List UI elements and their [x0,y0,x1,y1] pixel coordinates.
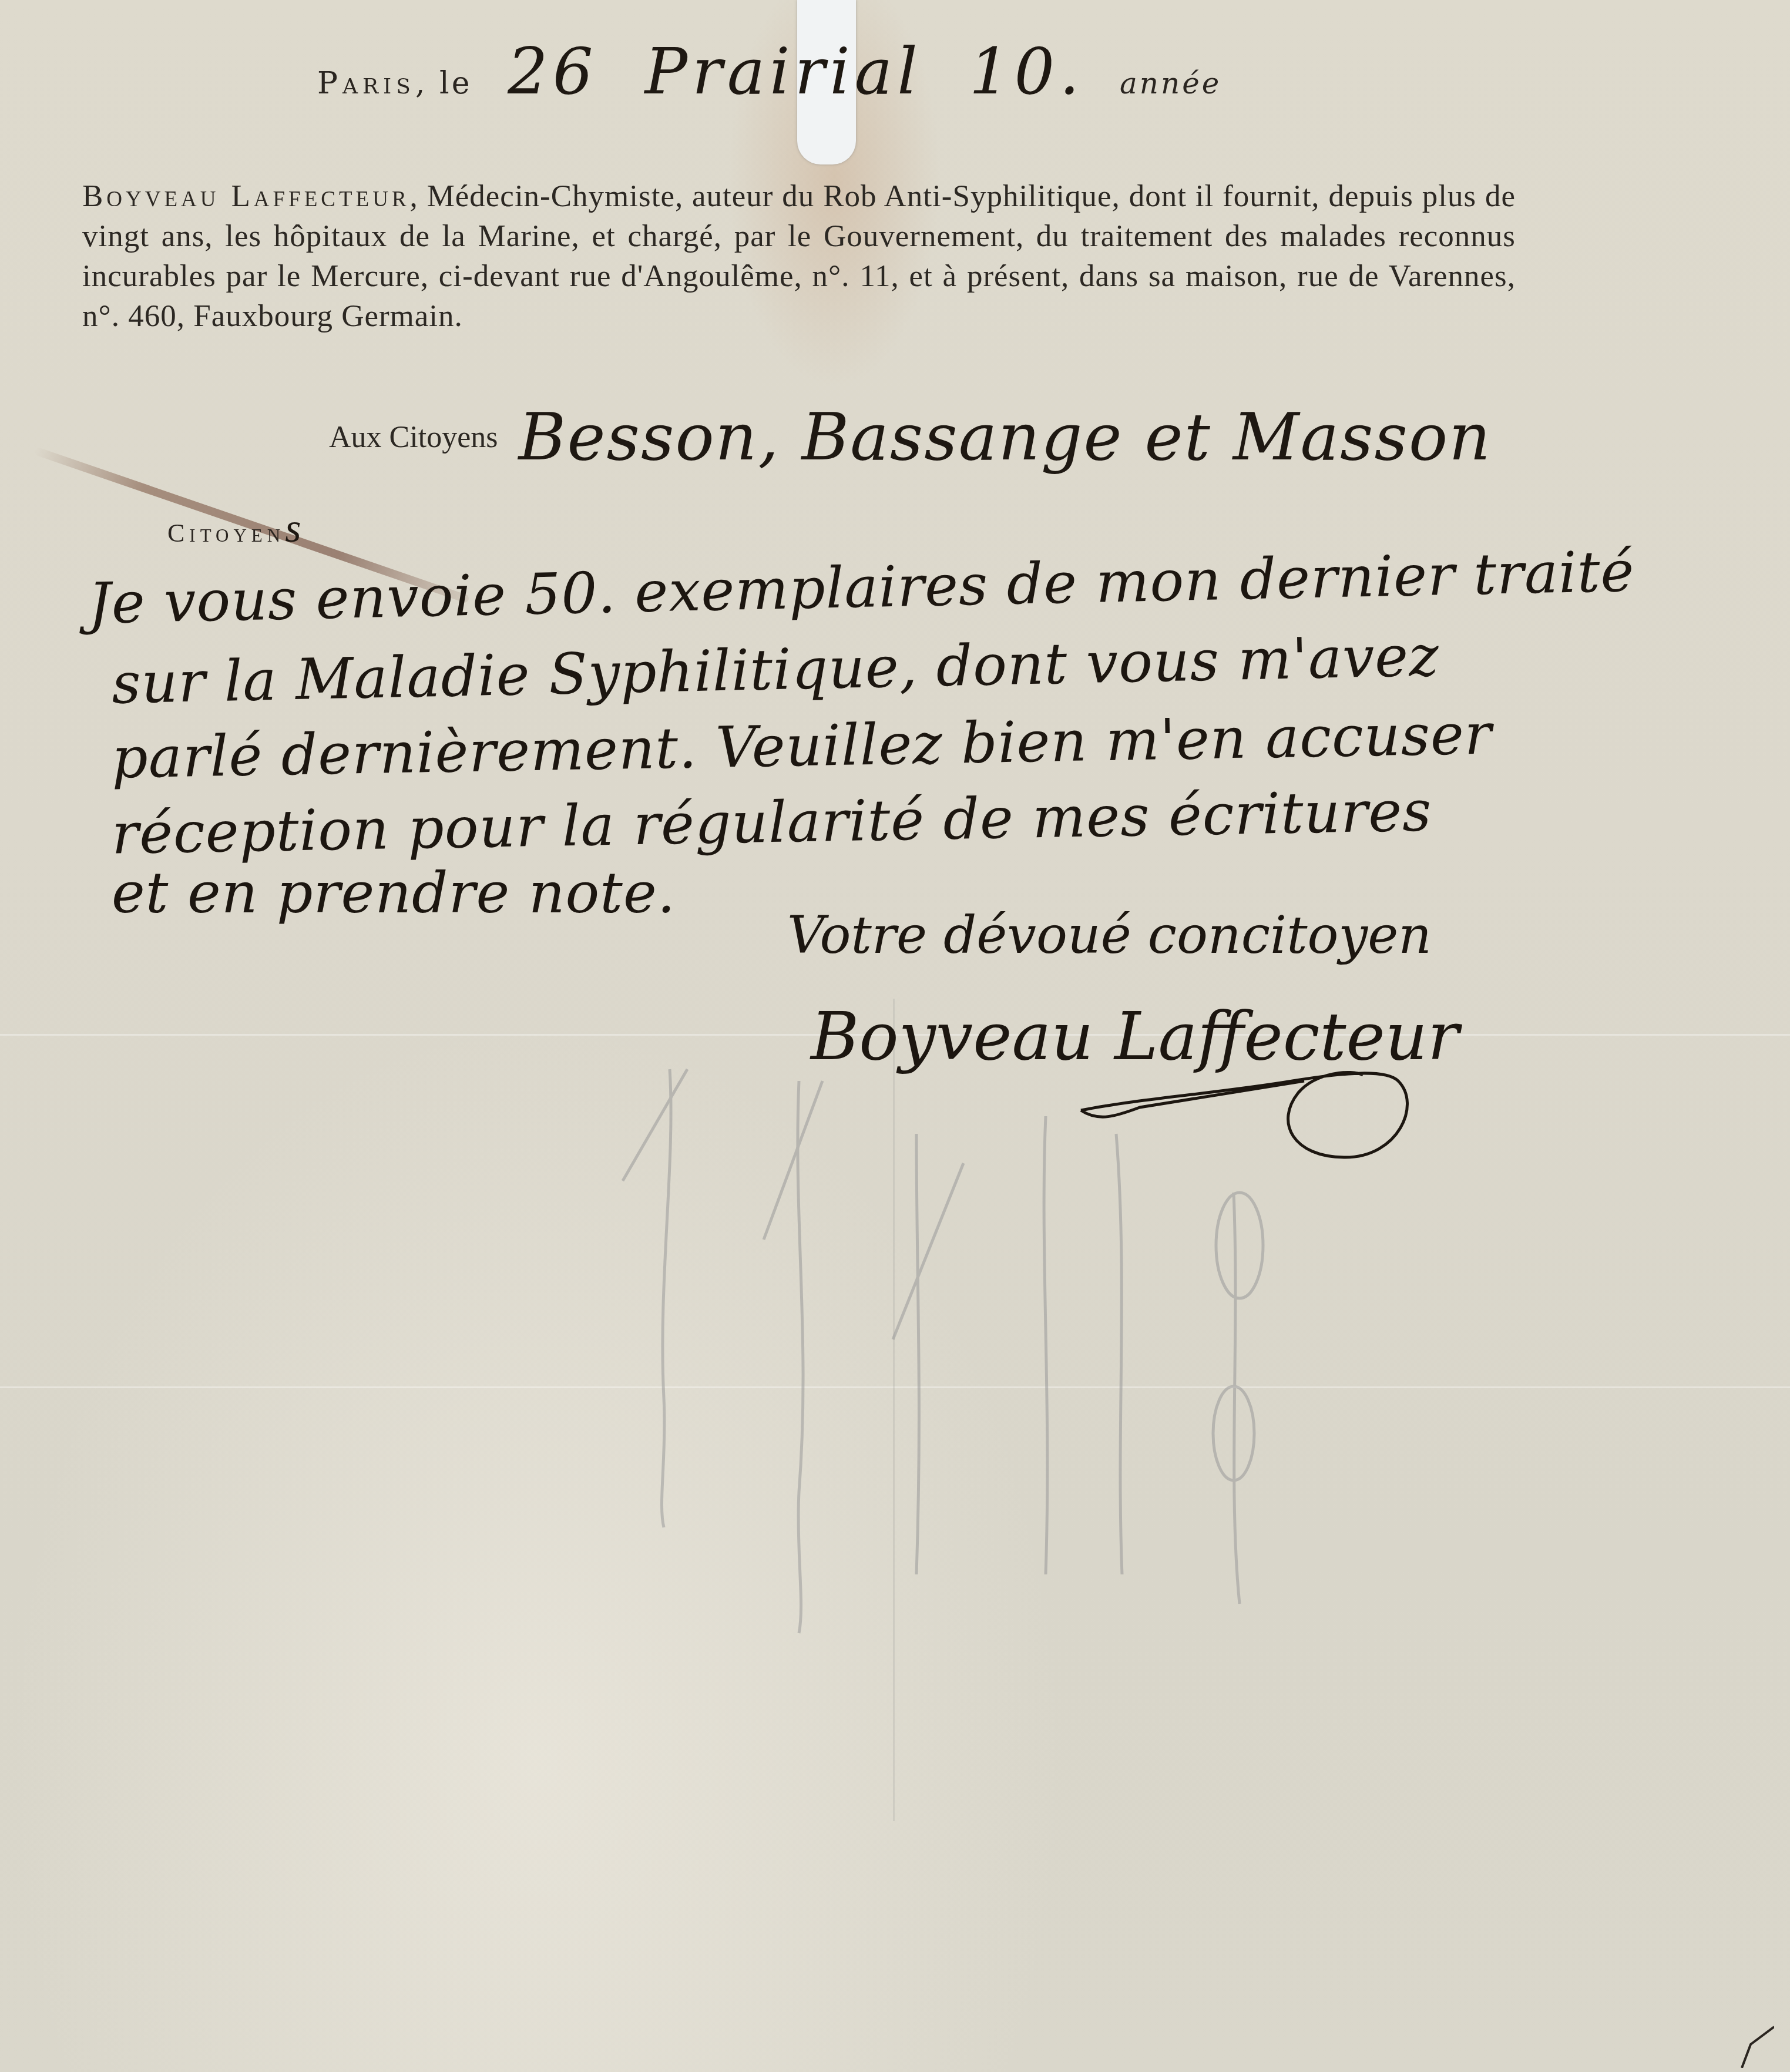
recipient-line: Aux Citoyens Besson, Bassange et Masson [329,399,1492,475]
date-year: 10. [969,35,1084,109]
salutation-printed: Citoyen [167,519,285,548]
annee-label: année [1120,66,1221,100]
le-label: , le [415,66,472,101]
letterhead-text: Boyveau Laffecteur, Médecin-Chymiste, au… [82,176,1516,336]
date-day: 26 [508,35,597,109]
salutation: Citoyens [167,505,301,552]
body-line: sur la Maladie Syphilitique, dont vous m… [112,656,1439,683]
body-line: parlé dernièrement. Veuillez bien m'en a… [112,734,1492,758]
body-line: Je vous envoie 50. exemplaires de mon de… [88,571,1634,603]
letterhead-name: Boyveau Laffecteur [82,179,410,213]
paper-sheet: Paris, le 26Prairial10. année Boyveau La… [0,0,1790,2072]
dateline: Paris, le 26Prairial10. année [317,35,1221,109]
recipient-names: Besson, Bassange et Masson [519,399,1492,475]
corner-tear [1739,2015,1774,2068]
date-month: Prairial [644,35,922,109]
salutation-suffix: s [285,506,301,551]
bleed-through-writing [587,1046,1410,1692]
valediction: Votre dévoué concitoyen [787,905,1432,965]
body-line: réception pour la régularité de mes écri… [112,811,1432,834]
place-label: Paris [317,66,415,101]
recipient-label: Aux Citoyens [329,421,498,454]
